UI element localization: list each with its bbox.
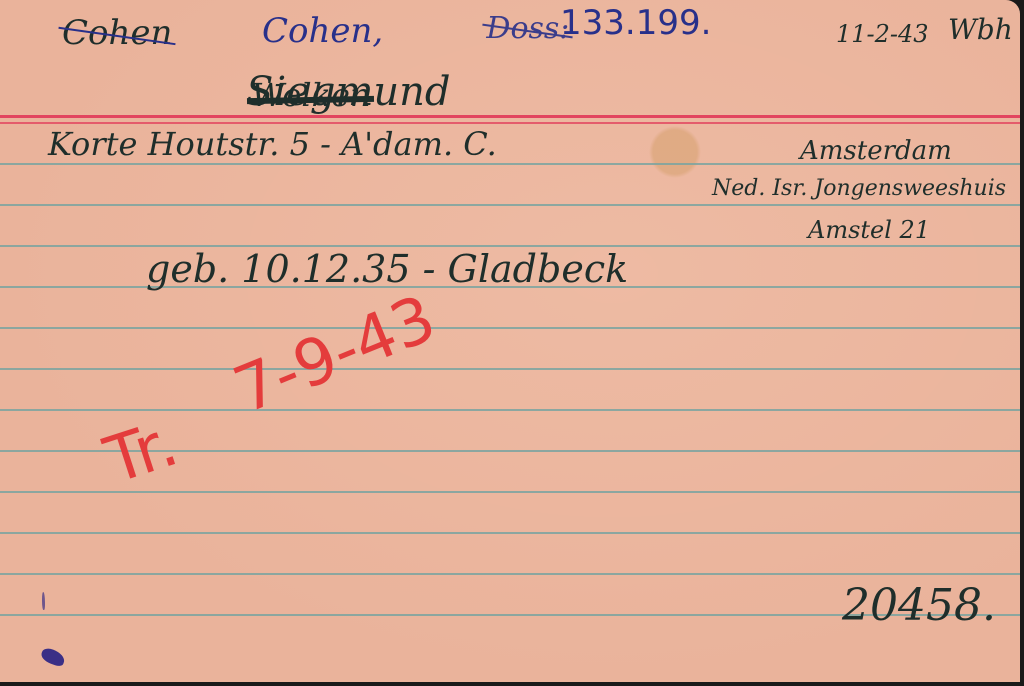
ruled-line bbox=[0, 532, 1020, 534]
surname-original-struck: Cohen bbox=[62, 13, 172, 53]
ink-blot bbox=[39, 646, 66, 667]
dossier-label: Doss: bbox=[486, 11, 569, 46]
new-city: Amsterdam bbox=[800, 138, 952, 164]
address: Korte Houtstr. 5 - A'dam. C. bbox=[48, 128, 497, 160]
new-street: Amstel 21 bbox=[808, 218, 930, 242]
transport-annotation-prefix: Tr. bbox=[98, 411, 185, 494]
ruled-line bbox=[0, 491, 1020, 493]
clerk-initials: Wbh bbox=[948, 16, 1013, 44]
red-header-rule-thin bbox=[0, 122, 1020, 124]
date-stamp: 11-2-43 bbox=[836, 22, 929, 46]
birth-info: geb. 10.12.35 - Gladbeck bbox=[146, 250, 628, 288]
ruled-line bbox=[0, 204, 1020, 206]
ruled-line bbox=[0, 327, 1020, 329]
ruled-line bbox=[0, 573, 1020, 575]
surname-corrected: Cohen, bbox=[262, 14, 383, 48]
index-card: Cohen Cohen, Doss: 133.199. 11-2-43 Wbh … bbox=[0, 0, 1020, 682]
dossier-number: 133.199. bbox=[560, 6, 711, 40]
card-number: 20458. bbox=[842, 584, 996, 628]
ruled-line bbox=[0, 368, 1020, 370]
given-name: Siegmund bbox=[246, 72, 451, 112]
ink-mark bbox=[42, 592, 45, 610]
new-institution: Ned. Isr. Jongensweeshuis bbox=[712, 178, 1006, 200]
transport-annotation-date: 7-9-43 bbox=[226, 286, 444, 424]
red-header-rule bbox=[0, 115, 1020, 118]
